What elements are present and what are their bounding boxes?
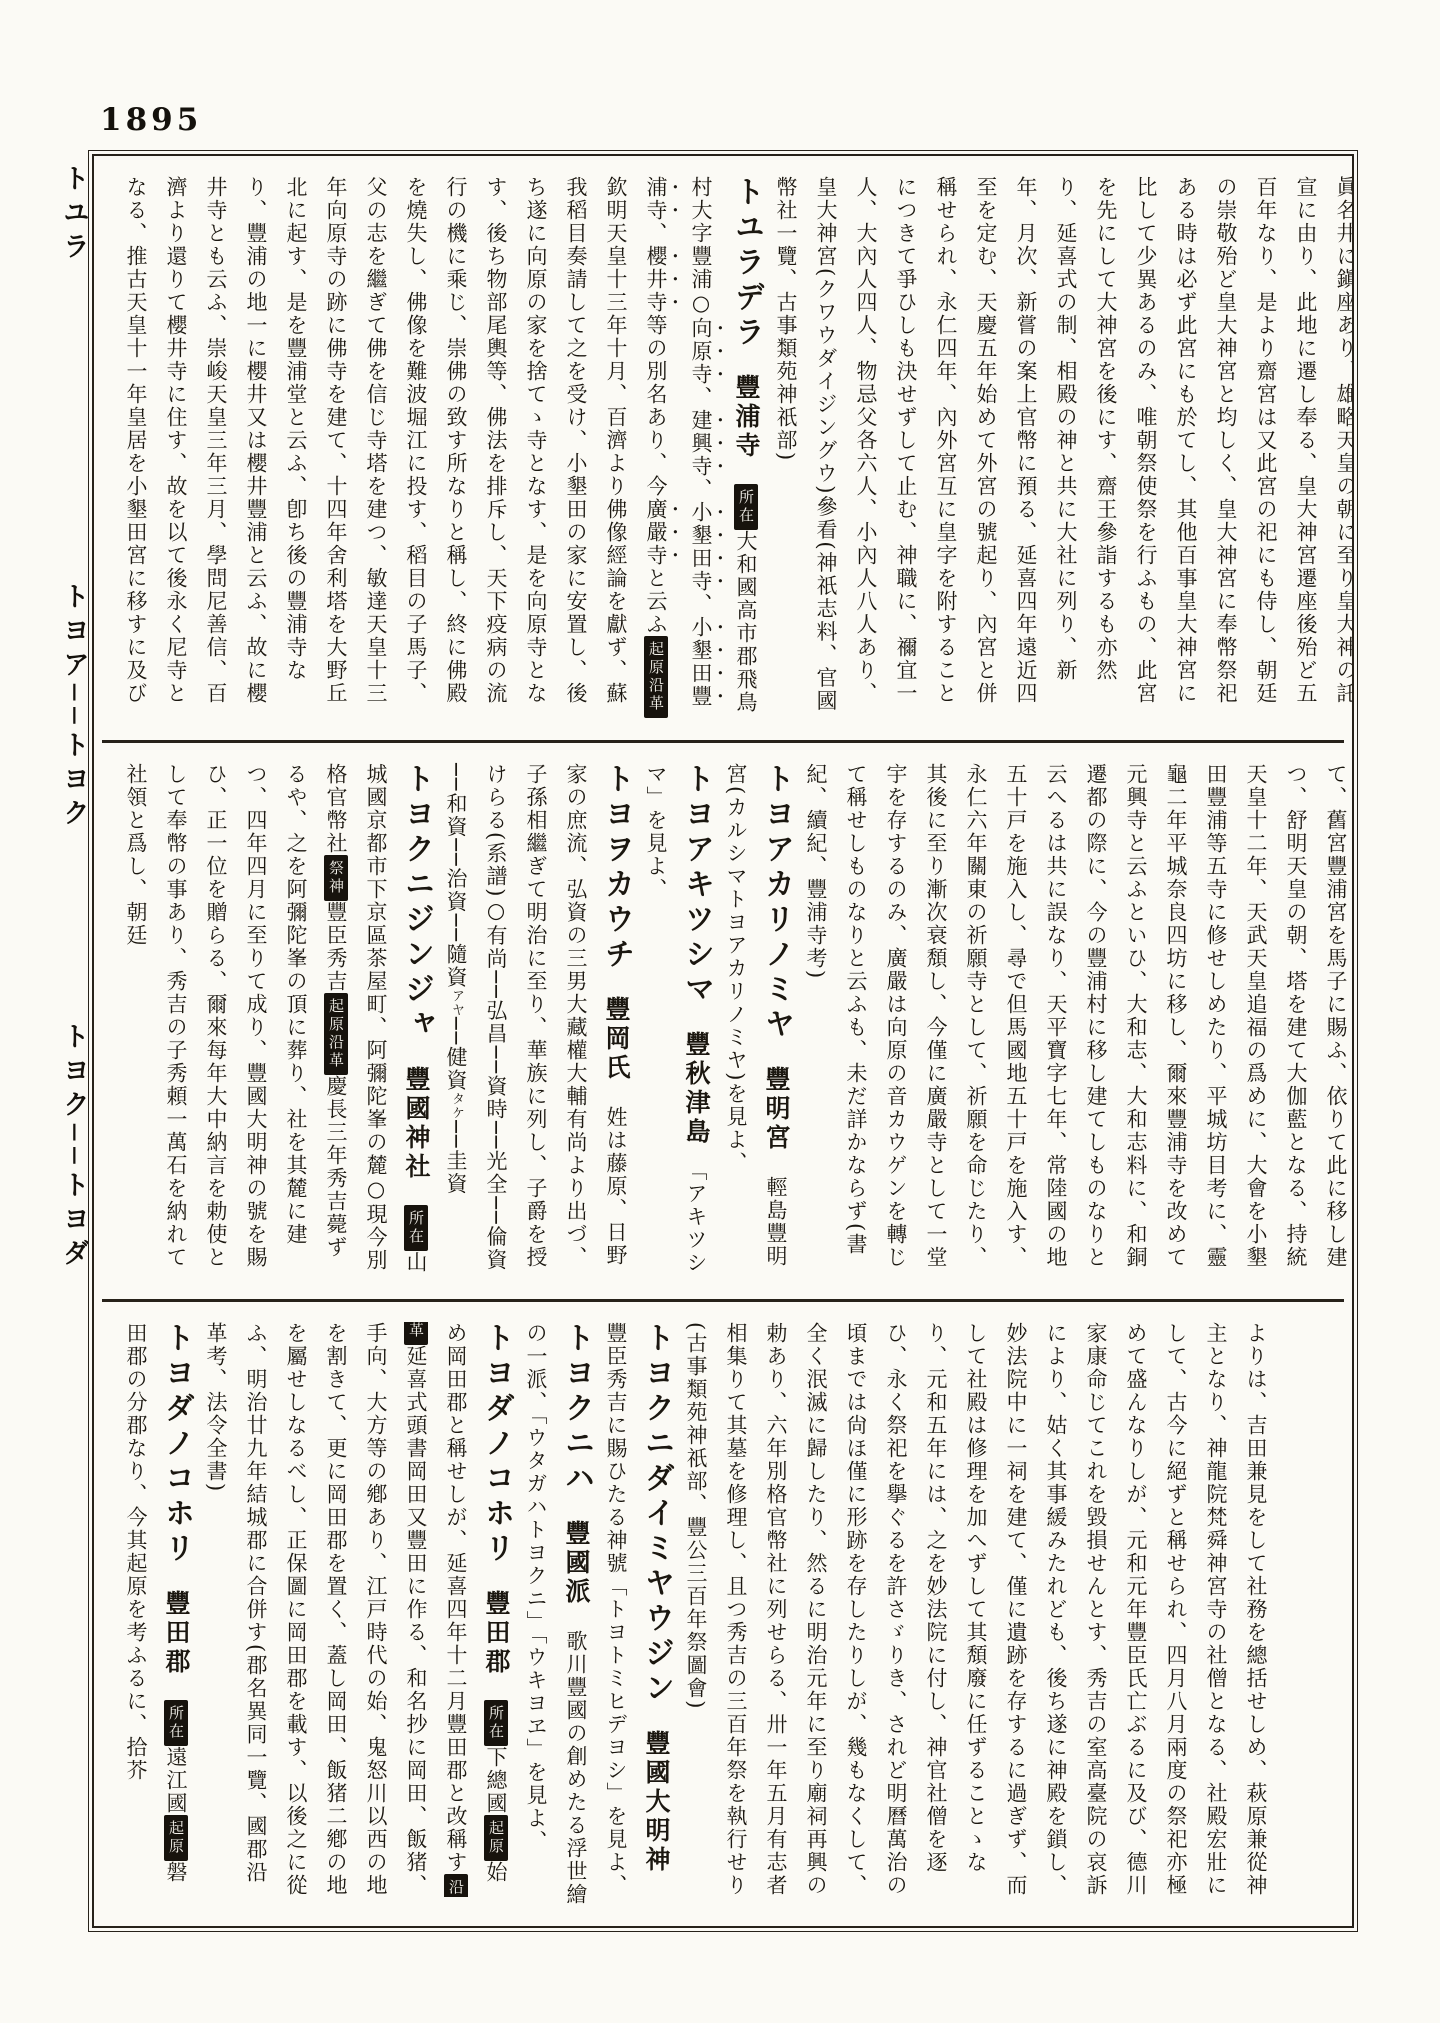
text-run: 廣嚴寺 bbox=[644, 498, 668, 567]
text-run: 、 bbox=[689, 386, 713, 409]
text-run: 、 bbox=[644, 222, 668, 245]
entry-heading-kana: トヨアキツシマ bbox=[679, 763, 714, 1008]
entry-heading-kanji: 豐國派 bbox=[562, 1520, 591, 1607]
text-run: 欽明天皇十三年十月、百濟より佛像經論を獻ず、蘇我稻目奏請して之を受け、小墾田の家… bbox=[124, 176, 628, 705]
dictionary-entry: トヨダノコホリ 豐田郡 所在遠江國起原磐田郡の分郡なり、今其起原を考ふるに、拾芥 bbox=[116, 1322, 196, 1906]
spacer bbox=[484, 1677, 508, 1700]
text-run: 豐臣秀吉 bbox=[324, 901, 348, 993]
text-run: 等の別名あり、今 bbox=[644, 314, 668, 498]
spacer bbox=[604, 1083, 628, 1106]
text-run: 遠江國 bbox=[164, 1746, 188, 1815]
text-run: 、 bbox=[689, 593, 713, 616]
furigana: アヤ bbox=[449, 989, 464, 1017]
field-label-box: 起原沿革 bbox=[324, 993, 348, 1075]
dictionary-entry: トヨクニダイミヤウジン 豐國大明神 豐臣秀吉に賜ひたる神號「トヨトミヒデヨシ」を… bbox=[596, 1322, 676, 1906]
spacer bbox=[604, 973, 628, 996]
dictionary-entry: トヨクニジンジャ 豐國神社 所在山城國京都市下京區茶屋町、阿彌陀峯の麓○現今別格… bbox=[116, 763, 436, 1279]
field-label-box: 所在 bbox=[404, 1205, 428, 1251]
entry-heading-kana: トヨヲカウチ bbox=[599, 763, 634, 973]
spacer bbox=[734, 461, 758, 484]
entry-heading-kanji: 豐秋津島 bbox=[682, 1031, 711, 1147]
text-run: 延喜式頭書岡田又豐田に作る、和名抄に岡田、飯猪、手向、大方等の鄕あり、江戸時代の… bbox=[204, 1322, 428, 1897]
field-label-box: 所在 bbox=[164, 1700, 188, 1746]
page-border-frame-inner: 眞名井に鎭座あり、雄略天皇の朝に至り皇大神の託宣に由り、此地に遷し奉る、皇大神宮… bbox=[92, 154, 1354, 1928]
entry-heading-kanji: 豐明宮 bbox=[762, 1066, 791, 1153]
spacer bbox=[564, 1607, 588, 1630]
dictionary-entry: トヨヲカウチ 豐岡氏 姓は藤原、日野家の庶流、弘資の三男大藏權大輔有尚より出づ、… bbox=[436, 763, 636, 1279]
spacer bbox=[164, 1677, 188, 1700]
text-run: 慶長三年秀吉薨ずるや、之を阿彌陀峯の頂に葬り、社を其麓に建つ、四年四月に至りて成… bbox=[124, 763, 348, 1269]
spacer bbox=[404, 1043, 428, 1066]
dictionary-entry: 眞名井に鎭座あり、雄略天皇の朝に至り皇大神の託宣に由り、此地に遷し奉る、皇大神宮… bbox=[766, 176, 1352, 720]
text-run: 小墾田寺 bbox=[689, 501, 713, 593]
entry-heading-kanji: 豐國大明神 bbox=[642, 1730, 671, 1875]
spacer bbox=[484, 1567, 508, 1590]
entry-heading-kanji: 豐田郡 bbox=[482, 1590, 511, 1677]
field-label-box: 祭神 bbox=[324, 855, 348, 901]
text-run: 、 bbox=[689, 478, 713, 501]
text-run: 櫻井寺 bbox=[644, 245, 668, 314]
entry-heading-kanji: 豐浦寺 bbox=[732, 374, 761, 461]
spacer bbox=[764, 1153, 788, 1176]
field-label-box: 起原沿革 bbox=[644, 636, 668, 718]
page-border-frame: 眞名井に鎭座あり、雄略天皇の朝に至り皇大神の託宣に由り、此地に遷し奉る、皇大神宮… bbox=[88, 150, 1358, 1932]
field-label-box: 起原 bbox=[164, 1815, 188, 1861]
entry-heading-kanji: 豐國神社 bbox=[402, 1066, 431, 1182]
dictionary-entry: トヨダノコホリ 豐田郡 所在下總國起原始め岡田郡と稱せしが、延喜四年十二月豐田郡… bbox=[196, 1322, 516, 1906]
section-toyoku-toyoda: よりは、吉田兼見をして社務を總括せしめ、萩原兼從神主となり、神龍院梵舜神宮寺の社… bbox=[94, 1302, 1352, 1926]
entry-heading-kana: トユラデラ bbox=[729, 176, 764, 351]
spacer bbox=[404, 1182, 428, 1205]
scanned-dictionary-page: 1895 トユラ トヨア──トヨク トヨク──トヨダ 眞名井に鎭座あり、雄略天皇… bbox=[0, 0, 1440, 2023]
text-run: と云ふ bbox=[644, 567, 668, 636]
spacer bbox=[764, 1043, 788, 1066]
spacer bbox=[684, 1147, 708, 1170]
field-label-box: 所在 bbox=[484, 1700, 508, 1746]
spacer bbox=[644, 1875, 668, 1898]
text-run: ──圭資 bbox=[444, 1120, 468, 1195]
vertical-text-columns: て、舊宮豐浦宮を馬子に賜ふ、依りて此に移し建つ、舒明天皇の朝、塔を建て大伽藍とな… bbox=[94, 743, 1352, 1299]
text-run: 下總國 bbox=[484, 1746, 508, 1815]
entry-heading-kana: トヨクニハ bbox=[559, 1322, 594, 1497]
text-run: 建興寺 bbox=[689, 409, 713, 478]
text-run: よりは、吉田兼見をして社務を總括せしめ、萩原兼從神主となり、神龍院梵舜神宮寺の社… bbox=[684, 1322, 1268, 1897]
field-label-box: 所在 bbox=[734, 484, 758, 530]
page-number: 1895 bbox=[100, 102, 202, 138]
entry-heading-kana: トヨダノコホリ bbox=[159, 1322, 194, 1567]
field-label-box: 起原 bbox=[484, 1815, 508, 1861]
vertical-text-columns: よりは、吉田兼見をして社務を總括せしめ、萩原兼從神主となり、神龍院梵舜神宮寺の社… bbox=[94, 1302, 1298, 1926]
entry-heading-kana: トヨアカリノミヤ bbox=[759, 763, 794, 1043]
entry-heading-kanji: 豐田郡 bbox=[162, 1590, 191, 1677]
dictionary-entry: トユラデラ 豐浦寺 所在大和國高市郡飛鳥村大字豐浦○向原寺、建興寺、小墾田寺、小… bbox=[116, 176, 766, 720]
dictionary-entry: トヨアキツシマ 豐秋津島 「アキツシマ」を見よ、 bbox=[636, 763, 716, 1279]
entry-heading-kana: トヨクニジンジャ bbox=[399, 763, 434, 1043]
spacer bbox=[684, 1008, 708, 1031]
text-run: 眞名井に鎭座あり、雄略天皇の朝に至り皇大神の託宣に由り、此地に遷し奉る、皇大神宮… bbox=[774, 176, 1352, 713]
spacer bbox=[644, 1707, 668, 1730]
text-run: 豐臣秀吉に賜ひたる神號「トヨトミヒデヨシ」を見よ、 bbox=[604, 1322, 628, 1897]
dictionary-entry: よりは、吉田兼見をして社務を總括せしめ、萩原兼從神主となり、神龍院梵舜神宮寺の社… bbox=[676, 1322, 1276, 1906]
section-toyoa-toyoku: て、舊宮豐浦宮を馬子に賜ふ、依りて此に移し建つ、舒明天皇の朝、塔を建て大伽藍とな… bbox=[94, 743, 1352, 1299]
dictionary-entry: トヨクニハ 豐國派 歌川豐國の創めたる浮世繪の一派、「ウタガハトヨクニ」「ウキヨ… bbox=[516, 1322, 596, 1906]
section-toyura: 眞名井に鎭座あり、雄略天皇の朝に至り皇大神の託宣に由り、此地に遷し奉る、皇大神宮… bbox=[94, 156, 1352, 740]
furigana: タケ bbox=[449, 1092, 464, 1120]
spacer bbox=[164, 1567, 188, 1590]
spacer bbox=[564, 1497, 588, 1520]
entry-heading-kana: トヨダノコホリ bbox=[479, 1322, 514, 1567]
spacer bbox=[734, 351, 758, 374]
dictionary-entry: て、舊宮豐浦宮を馬子に賜ふ、依りて此に移し建つ、舒明天皇の朝、塔を建て大伽藍とな… bbox=[796, 763, 1352, 1279]
dictionary-entry: トヨアカリノミヤ 豐明宮 輕島豐明宮(カルシマトヨアカリノミヤ)を見よ、 bbox=[716, 763, 796, 1279]
text-run: ──健資 bbox=[444, 1017, 468, 1092]
entry-heading-kana: トヨクニダイミヤウジン bbox=[639, 1322, 674, 1707]
text-run: 向原寺 bbox=[689, 317, 713, 386]
text-run: て、舊宮豐浦宮を馬子に賜ふ、依りて此に移し建つ、舒明天皇の朝、塔を建て大伽藍とな… bbox=[804, 763, 1348, 1269]
vertical-text-columns: 眞名井に鎭座あり、雄略天皇の朝に至り皇大神の託宣に由り、此地に遷し奉る、皇大神宮… bbox=[94, 156, 1352, 740]
entry-heading-kanji: 豐岡氏 bbox=[602, 996, 631, 1083]
